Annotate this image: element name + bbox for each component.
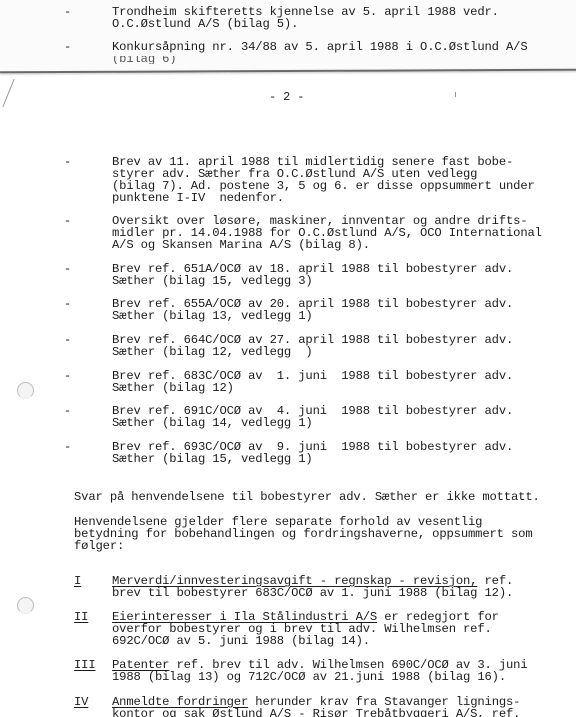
paragraph-reply-status: Svar på henvendelsene til bobestyrer adv… <box>74 491 540 503</box>
bullet-dash: - <box>64 334 71 346</box>
bullet-dash: - <box>64 298 71 310</box>
prev-item-2-line-1: Konkursåpning nr. 34/88 av 5. april 1988… <box>112 41 528 53</box>
point-iii-line-2: 1988 (bilag 13) og 712C/OCØ av 21.juni 1… <box>112 671 506 683</box>
paragraph-summary-line-2: betydning for bobehandlingen og fordring… <box>74 528 532 540</box>
list-item-line: A/S og Skansen Marina A/S (bilag 8). <box>112 239 370 251</box>
bullet-dash: - <box>64 41 71 53</box>
list-item-line: Sæther (bilag 12) <box>112 382 234 394</box>
scan-mark <box>2 79 14 107</box>
page-number: - 2 - <box>269 91 304 103</box>
point-numeral-i: I <box>74 575 81 587</box>
point-numeral-iv: IV <box>74 696 88 708</box>
bullet-dash: - <box>64 441 71 453</box>
prev-item-2-clip: (bilag 6) <box>0 56 576 64</box>
bullet-dash: - <box>64 156 71 168</box>
list-item-line: Sæther (bilag 15, vedlegg 1) <box>112 453 313 465</box>
paragraph-summary-line-3: følger: <box>74 540 124 552</box>
point-i-line-2: brev til bobestyrer 683C/OCØ av 1. juni … <box>112 587 513 599</box>
bullet-dash: - <box>64 6 71 18</box>
point-numeral-ii: II <box>74 611 88 623</box>
punch-hole-icon <box>17 597 34 614</box>
list-item-line: Sæther (bilag 15, vedlegg 3) <box>112 275 313 287</box>
prev-item-2-line-2: (bilag 6) <box>112 56 176 64</box>
bullet-dash: - <box>64 263 71 275</box>
point-iv-line-2: kontor og sak Østlund A/S - Risør Trebåt… <box>112 708 520 717</box>
list-item-line: punktene I-IV nedenfor. <box>112 192 284 204</box>
scan-mark <box>455 92 456 97</box>
list-item-line: Sæther (bilag 13, vedlegg 1) <box>112 310 313 322</box>
bullet-dash: - <box>64 215 71 227</box>
scanned-document: - Trondheim skifteretts kjennelse av 5. … <box>0 0 576 717</box>
punch-hole-icon <box>17 382 34 399</box>
list-item-line: Sæther (bilag 14, vedlegg 1) <box>112 417 313 429</box>
point-ii-line-3: 692C/OCØ av 5. juni 1988 (bilag 14). <box>112 635 370 647</box>
list-item-line: Sæther (bilag 12, vedlegg ) <box>112 346 313 358</box>
prev-item-1-line-2: O.C.Østlund A/S (bilag 5). <box>112 18 298 30</box>
point-numeral-iii: III <box>74 659 96 671</box>
bullet-dash: - <box>64 370 71 382</box>
bullet-dash: - <box>64 405 71 417</box>
